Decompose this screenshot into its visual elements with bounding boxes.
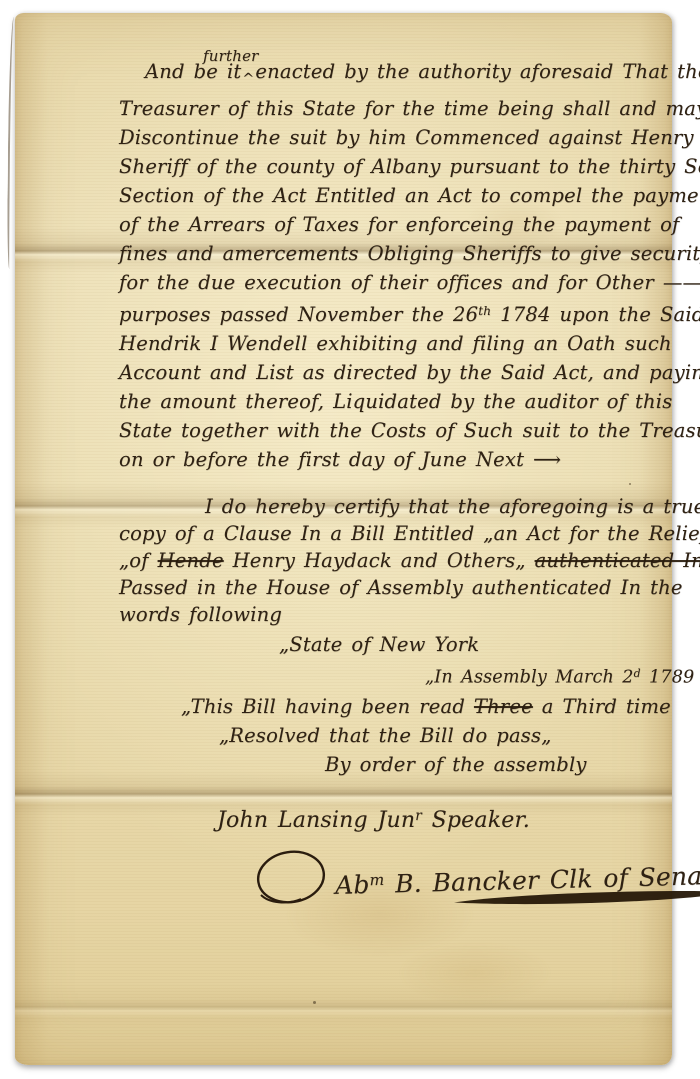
resolution-line: „Resolved that the Bill do pass„: [219, 721, 653, 750]
resolution-line: By order of the assembly: [325, 750, 653, 779]
manuscript-line: on or before the first day of June Next …: [119, 445, 653, 474]
manuscript-line: I do hereby certify that the aforegoing …: [119, 493, 653, 520]
assembly-resolution: „State of New York „In Assembly March 2d…: [119, 630, 653, 779]
manuscript-line: copy of a Clause In a Bill Entitled „an …: [119, 520, 653, 547]
speaker-signature: John Lansing Junr Speaker.: [217, 802, 653, 835]
manuscript-line: State together with the Costs of Such su…: [119, 416, 653, 445]
manuscript-line: „of Hende Henry Haydack and Others„ auth…: [119, 547, 653, 574]
manuscript-text: further And be it^enacted by the authori…: [119, 49, 653, 907]
clerk-signature: Abm B. Bancker Clk of Senate: [247, 849, 653, 907]
manuscript-line: Sheriff of the county of Albany pursuant…: [119, 152, 653, 181]
manuscript-line: Hendrik I Wendell exhibiting and filing …: [119, 329, 653, 358]
signature-flourish-oval-icon: [247, 849, 331, 907]
manuscript-line: for the due execution of their offices a…: [119, 268, 653, 297]
manuscript-line: of the Arrears of Taxes for enforceing t…: [119, 210, 653, 239]
manuscript-line: Passed in the House of Assembly authenti…: [119, 574, 653, 601]
resolution-line: „This Bill having been read Three a Thir…: [181, 692, 653, 721]
manuscript-line: Discontinue the suit by him Commenced ag…: [119, 123, 653, 152]
manuscript-line: Treasurer of this State for the time bei…: [119, 94, 653, 123]
page-edge-shadow: [7, 17, 17, 269]
manuscript-line: words following: [119, 601, 653, 628]
scan-background: further And be it^enacted by the authori…: [0, 0, 700, 1079]
manuscript-line: And be it^enacted by the authority afore…: [119, 57, 653, 94]
manuscript-paper: further And be it^enacted by the authori…: [15, 13, 672, 1065]
fold-crease-bottom: [15, 983, 672, 1029]
resolution-line: „In Assembly March 2d 1789: [425, 659, 653, 692]
signature-underline-flourish-icon: [452, 889, 700, 909]
manuscript-line: fines and amercements Obliging Sheriffs …: [119, 239, 653, 268]
ink-bleed-through-stain: [365, 928, 585, 1018]
certification-paragraph: I do hereby certify that the aforegoing …: [119, 493, 653, 628]
resolution-line: „State of New York: [279, 630, 653, 659]
manuscript-line: the amount thereof, Liquidated by the au…: [119, 387, 653, 416]
paper-speck: [313, 1001, 316, 1004]
manuscript-line: Section of the Act Entitled an Act to co…: [119, 181, 653, 210]
manuscript-line: purposes passed November the 26th 1784 u…: [119, 297, 653, 329]
manuscript-line: Account and List as directed by the Said…: [119, 358, 653, 387]
